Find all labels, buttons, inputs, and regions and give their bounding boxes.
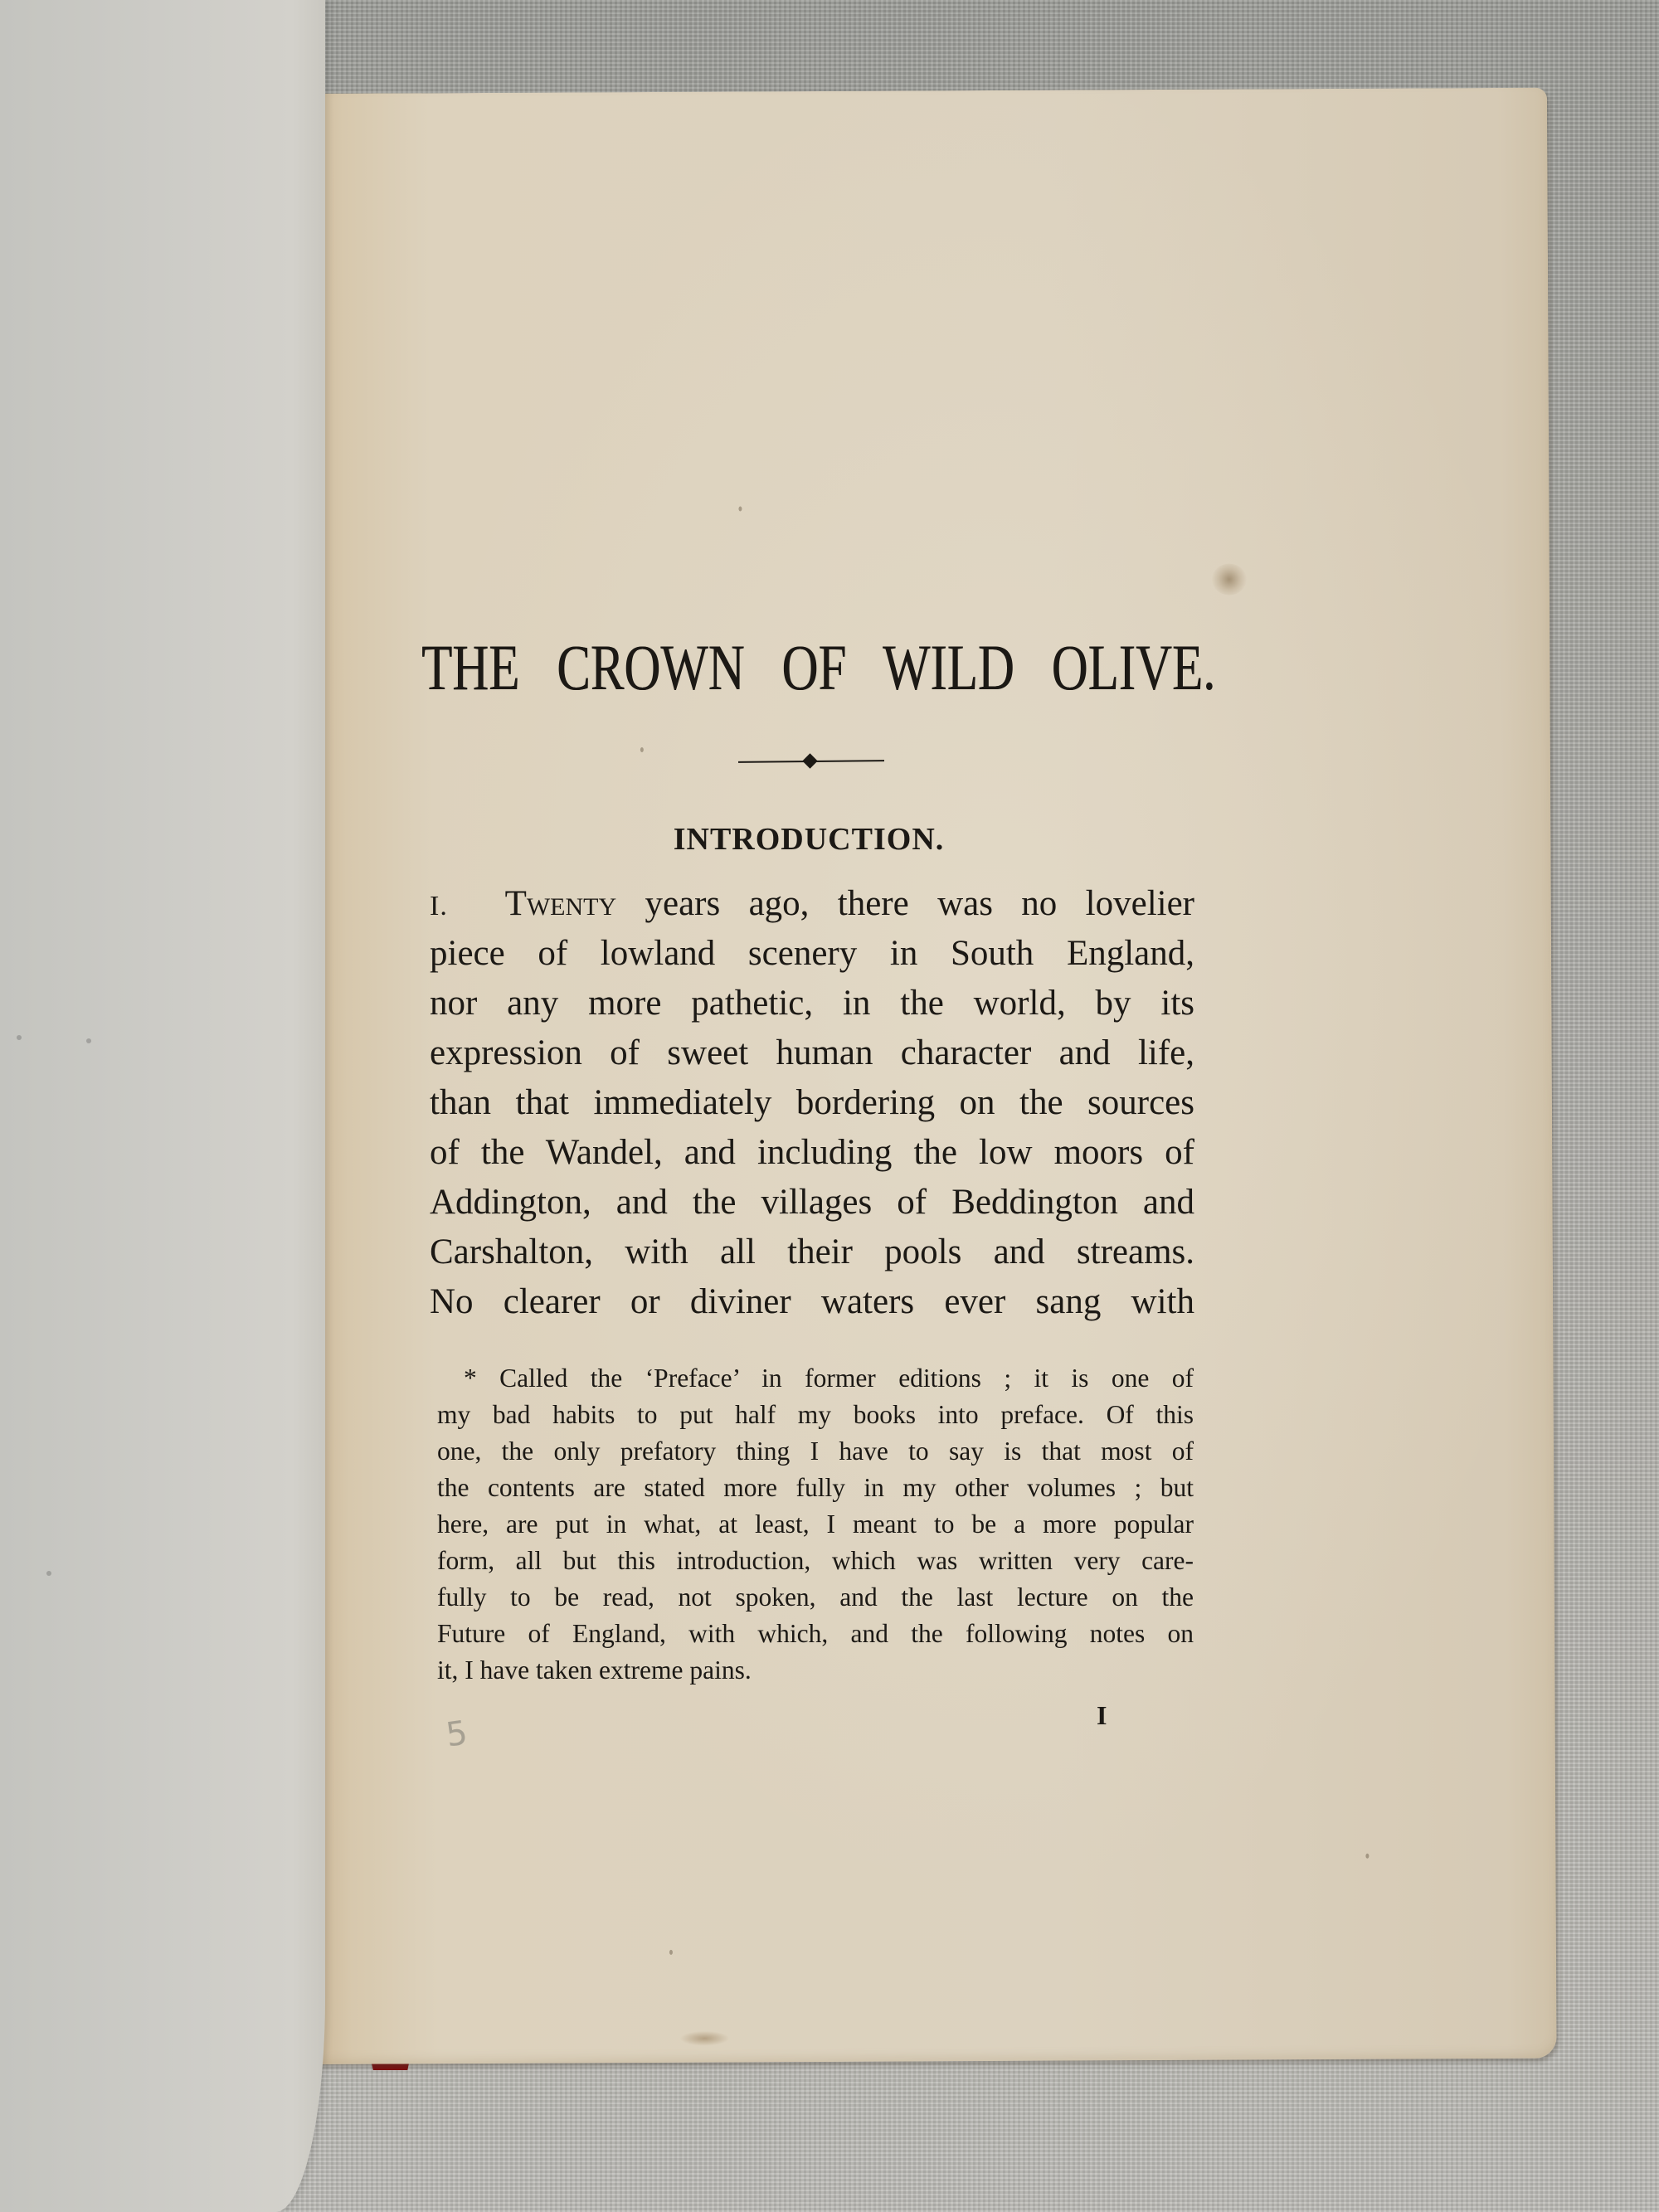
footnote-line: * Called the ‘Preface’ in former edition… <box>437 1360 1194 1397</box>
footnote-line: one, the only prefatory thing I have to … <box>437 1433 1194 1470</box>
body-paragraph: I. Twenty years ago, there was no loveli… <box>430 879 1194 1327</box>
first-word-smallcaps: Twenty <box>505 884 617 923</box>
footnote-line: fully to be read, not spoken, and the la… <box>437 1579 1194 1616</box>
pencil-annotation: 5 <box>444 1714 470 1754</box>
footnote-line: Future of England, with which, and the f… <box>437 1616 1194 1652</box>
footnote: * Called the ‘Preface’ in former edition… <box>437 1360 1194 1689</box>
footnote-line: it, I have taken extreme pains. <box>437 1652 1194 1689</box>
body-line: nor any more pathetic, in the world, by … <box>430 979 1194 1028</box>
page-text: THE CROWN OF WILD OLIVE. INTRODUCTION. I… <box>0 0 1659 2212</box>
body-line: Carshalton, with all their pools and str… <box>430 1228 1194 1277</box>
footnote-line: form, all but this introduction, which w… <box>437 1543 1194 1579</box>
body-line: piece of lowland scenery in South Englan… <box>430 929 1194 979</box>
body-line: No clearer or diviner waters ever sang w… <box>430 1277 1194 1327</box>
footnote-line: the contents are stated more fully in my… <box>437 1470 1194 1506</box>
book-title: THE CROWN OF WILD OLIVE. <box>421 630 1029 705</box>
signature-mark: I <box>1097 1699 1107 1732</box>
body-line: than that immediately bordering on the s… <box>430 1078 1194 1128</box>
ornament-diamond <box>802 753 817 768</box>
footnote-line: my bad habits to put half my books into … <box>437 1397 1194 1433</box>
rule-diamond-ornament-icon <box>738 753 884 770</box>
section-heading: INTRODUCTION. <box>415 821 1203 858</box>
body-line: of the Wandel, and including the low moo… <box>430 1128 1194 1178</box>
body-line: I. Twenty years ago, there was no loveli… <box>430 879 1194 929</box>
footnote-line: here, are put in what, at least, I meant… <box>437 1506 1194 1543</box>
body-line-text: years ago, there was no lovelier <box>616 884 1194 923</box>
paragraph-number: I. <box>430 891 448 921</box>
body-line: expression of sweet human character and … <box>430 1028 1194 1078</box>
body-line: Addington, and the villages of Beddingto… <box>430 1178 1194 1228</box>
